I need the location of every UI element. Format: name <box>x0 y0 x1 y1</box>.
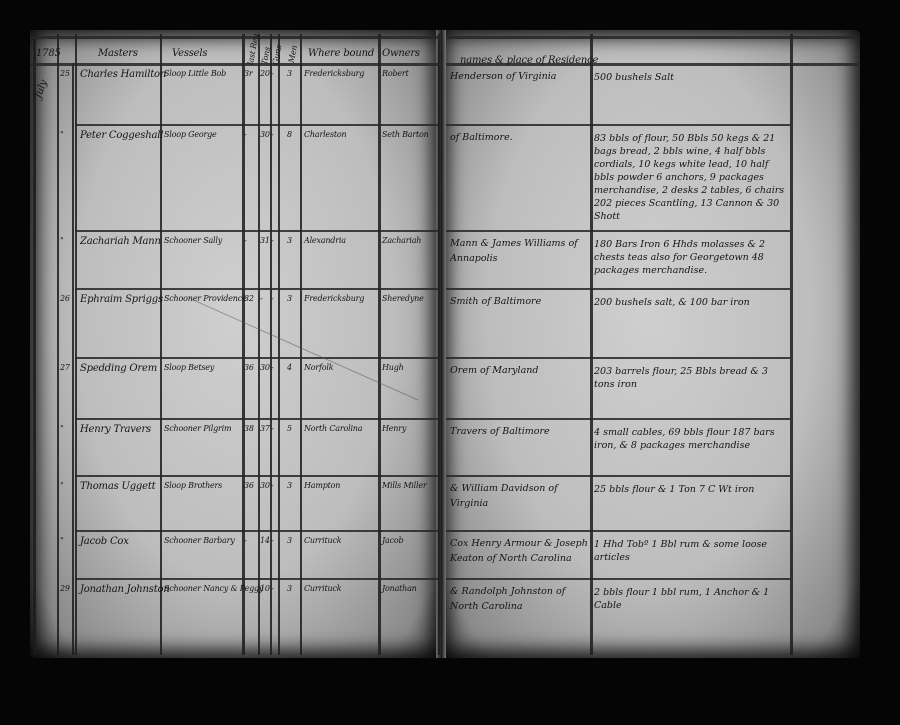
tons-cell: 30 <box>260 130 270 139</box>
row-rule <box>75 288 440 290</box>
where-bound-cell: Currituck <box>304 536 341 545</box>
guns-cell: - <box>271 536 274 545</box>
header-vessels: Vessels <box>172 48 207 59</box>
men-cell: 4 <box>287 363 292 372</box>
reg-cell: 36 <box>244 363 254 372</box>
owner-cell: Robert <box>382 69 409 78</box>
men-cell: 3 <box>287 481 292 490</box>
row-rule <box>446 36 858 39</box>
vessel-cell: Sloop Brothers <box>164 481 222 490</box>
header-owners: Owners <box>382 48 420 59</box>
header-where-bound: Where bound <box>308 48 374 59</box>
reg-cell: - <box>244 130 247 139</box>
vessel-cell: Sloop George <box>164 130 217 139</box>
reg-cell: 38 <box>244 424 254 433</box>
vessel-cell: Sloop Betsey <box>164 363 214 372</box>
column-rule <box>33 34 36 655</box>
tons-cell: 31 <box>260 236 270 245</box>
cargo-cell: 4 small cables, 69 bbls flour 187 bars i… <box>594 426 790 452</box>
row-rule <box>446 288 790 290</box>
residence-cell: Smith of Baltimore <box>450 294 592 309</box>
master-cell: Jonathan Johnston <box>80 584 170 595</box>
men-cell: 8 <box>287 130 292 139</box>
reg-cell: 3r <box>244 69 253 78</box>
day-cell: 26 <box>60 294 70 303</box>
residence-cell: Henderson of Virginia <box>450 69 592 84</box>
header-names-residence: names & place of Residence <box>460 55 598 66</box>
master-cell: Zachariah Mann <box>80 236 161 247</box>
row-rule <box>75 124 440 126</box>
row-rule <box>446 418 790 420</box>
cargo-cell: 2 bbls flour 1 bbl rum, 1 Anchor & 1 Cab… <box>594 586 790 612</box>
owner-cell: Henry <box>382 424 406 433</box>
column-rule <box>790 34 793 655</box>
residence-cell: & Randolph Johnston of North Carolina <box>450 584 592 614</box>
header-year: 1785 <box>36 48 61 59</box>
column-rule <box>300 34 302 655</box>
men-cell: 3 <box>287 584 292 593</box>
master-cell: Thomas Uggett <box>80 481 155 492</box>
reg-cell: - <box>244 584 247 593</box>
where-bound-cell: Alexandria <box>304 236 346 245</box>
men-cell: 3 <box>287 236 292 245</box>
residence-cell: Travers of Baltimore <box>450 424 592 439</box>
row-rule <box>75 357 440 359</box>
vessel-cell: Schooner Nancy & Peggy <box>164 584 263 593</box>
owner-cell: Zachariah <box>382 236 421 245</box>
row-rule <box>30 63 440 66</box>
cargo-cell: 83 bbls of flour, 50 Bbls 50 kegs & 21 b… <box>594 132 790 223</box>
cargo-cell: 25 bbls flour & 1 Ton 7 C Wt iron <box>594 483 790 496</box>
owner-cell: Jacob <box>382 536 403 545</box>
master-cell: Ephraim Spriggs <box>80 294 163 305</box>
column-rule <box>72 63 74 655</box>
reg-cell: - <box>244 536 247 545</box>
row-rule <box>75 230 440 232</box>
column-rule <box>242 34 245 655</box>
day-cell: " <box>60 424 63 433</box>
column-rule <box>75 34 77 655</box>
vessel-cell: Schooner Barbary <box>164 536 235 545</box>
tons-cell: 30 <box>260 481 270 490</box>
row-rule <box>75 475 440 477</box>
cargo-cell: 203 barrels flour, 25 Bbls bread & 3 ton… <box>594 365 790 391</box>
men-cell: 3 <box>287 536 292 545</box>
column-rule <box>160 34 162 655</box>
residence-cell: Orem of Maryland <box>450 363 592 378</box>
owner-cell: Mills Miller <box>382 481 427 490</box>
column-rule <box>258 34 260 655</box>
cargo-cell: 200 bushels salt, & 100 bar iron <box>594 296 790 309</box>
cargo-cell: 180 Bars Iron 6 Hhds molasses & 2 chests… <box>594 238 790 277</box>
guns-cell: - <box>271 294 274 303</box>
tons-cell: 14 <box>260 536 270 545</box>
day-cell: 25 <box>60 69 70 78</box>
men-cell: 3 <box>287 69 292 78</box>
owner-cell: Sheredyne <box>382 294 424 303</box>
vessel-cell: Schooner Sally <box>164 236 222 245</box>
where-bound-cell: Hampton <box>304 481 340 490</box>
owner-cell: Seth Barton <box>382 130 429 139</box>
day-cell: 27 <box>60 363 70 372</box>
row-rule <box>446 475 790 477</box>
row-rule <box>75 578 440 580</box>
tons-cell: 20 <box>260 69 270 78</box>
guns-cell: - <box>271 130 274 139</box>
row-rule <box>30 36 440 39</box>
cargo-cell: 1 Hhd Tobº 1 Bbl rum & some loose articl… <box>594 538 790 564</box>
tons-cell: 30 <box>260 363 270 372</box>
where-bound-cell: Fredericksburg <box>304 69 364 78</box>
day-cell: " <box>60 536 63 545</box>
cargo-cell: 500 bushels Salt <box>594 71 790 84</box>
vessel-cell: Schooner Providence <box>164 294 247 303</box>
guns-cell: - <box>271 424 274 433</box>
where-bound-cell: Fredericksburg <box>304 294 364 303</box>
master-cell: Peter Coggeshall <box>80 130 163 141</box>
master-cell: Charles Hamilton <box>80 69 166 80</box>
day-cell: " <box>60 130 63 139</box>
tons-cell: 37 <box>260 424 270 433</box>
men-cell: 5 <box>287 424 292 433</box>
column-rule <box>278 34 280 655</box>
row-rule <box>446 124 790 126</box>
master-cell: Henry Travers <box>80 424 151 435</box>
column-rule <box>438 34 440 655</box>
column-rule <box>270 34 272 655</box>
owner-cell: Hugh <box>382 363 404 372</box>
row-rule <box>446 578 790 580</box>
tons-cell: - <box>260 294 263 303</box>
day-cell: 29 <box>60 584 70 593</box>
vessel-cell: Schooner Pilgrim <box>164 424 231 433</box>
owner-cell: Jonathan <box>382 584 417 593</box>
reg-cell: 36 <box>244 481 254 490</box>
where-bound-cell: North Carolina <box>304 424 362 433</box>
row-rule <box>446 230 790 232</box>
guns-cell: - <box>271 69 274 78</box>
column-rule <box>378 34 381 655</box>
column-rule <box>57 34 59 655</box>
guns-cell: - <box>271 363 274 372</box>
reg-cell: 32 <box>244 294 254 303</box>
guns-cell: - <box>271 584 274 593</box>
residence-cell: Mann & James Williams of Annapolis <box>450 236 592 266</box>
master-cell: Jacob Cox <box>80 536 129 547</box>
row-rule <box>75 418 440 420</box>
guns-cell: - <box>271 481 274 490</box>
guns-cell: - <box>271 236 274 245</box>
master-cell: Spedding Orem <box>80 363 157 374</box>
where-bound-cell: Currituck <box>304 584 341 593</box>
day-cell: " <box>60 481 63 490</box>
residence-cell: & William Davidson of Virginia <box>450 481 592 511</box>
row-rule <box>446 530 790 532</box>
reg-cell: - <box>244 236 247 245</box>
where-bound-cell: Charleston <box>304 130 346 139</box>
tons-cell: 10 <box>260 584 270 593</box>
where-bound-cell: Norfolk <box>304 363 333 372</box>
men-cell: 3 <box>287 294 292 303</box>
residence-cell: of Baltimore. <box>450 130 592 145</box>
header-masters: Masters <box>98 48 138 59</box>
vessel-cell: Sloop Little Bob <box>164 69 226 78</box>
row-rule <box>75 530 440 532</box>
residence-cell: Cox Henry Armour & Joseph Keaton of Nort… <box>450 536 592 566</box>
day-cell: " <box>60 236 63 245</box>
row-rule <box>446 357 790 359</box>
